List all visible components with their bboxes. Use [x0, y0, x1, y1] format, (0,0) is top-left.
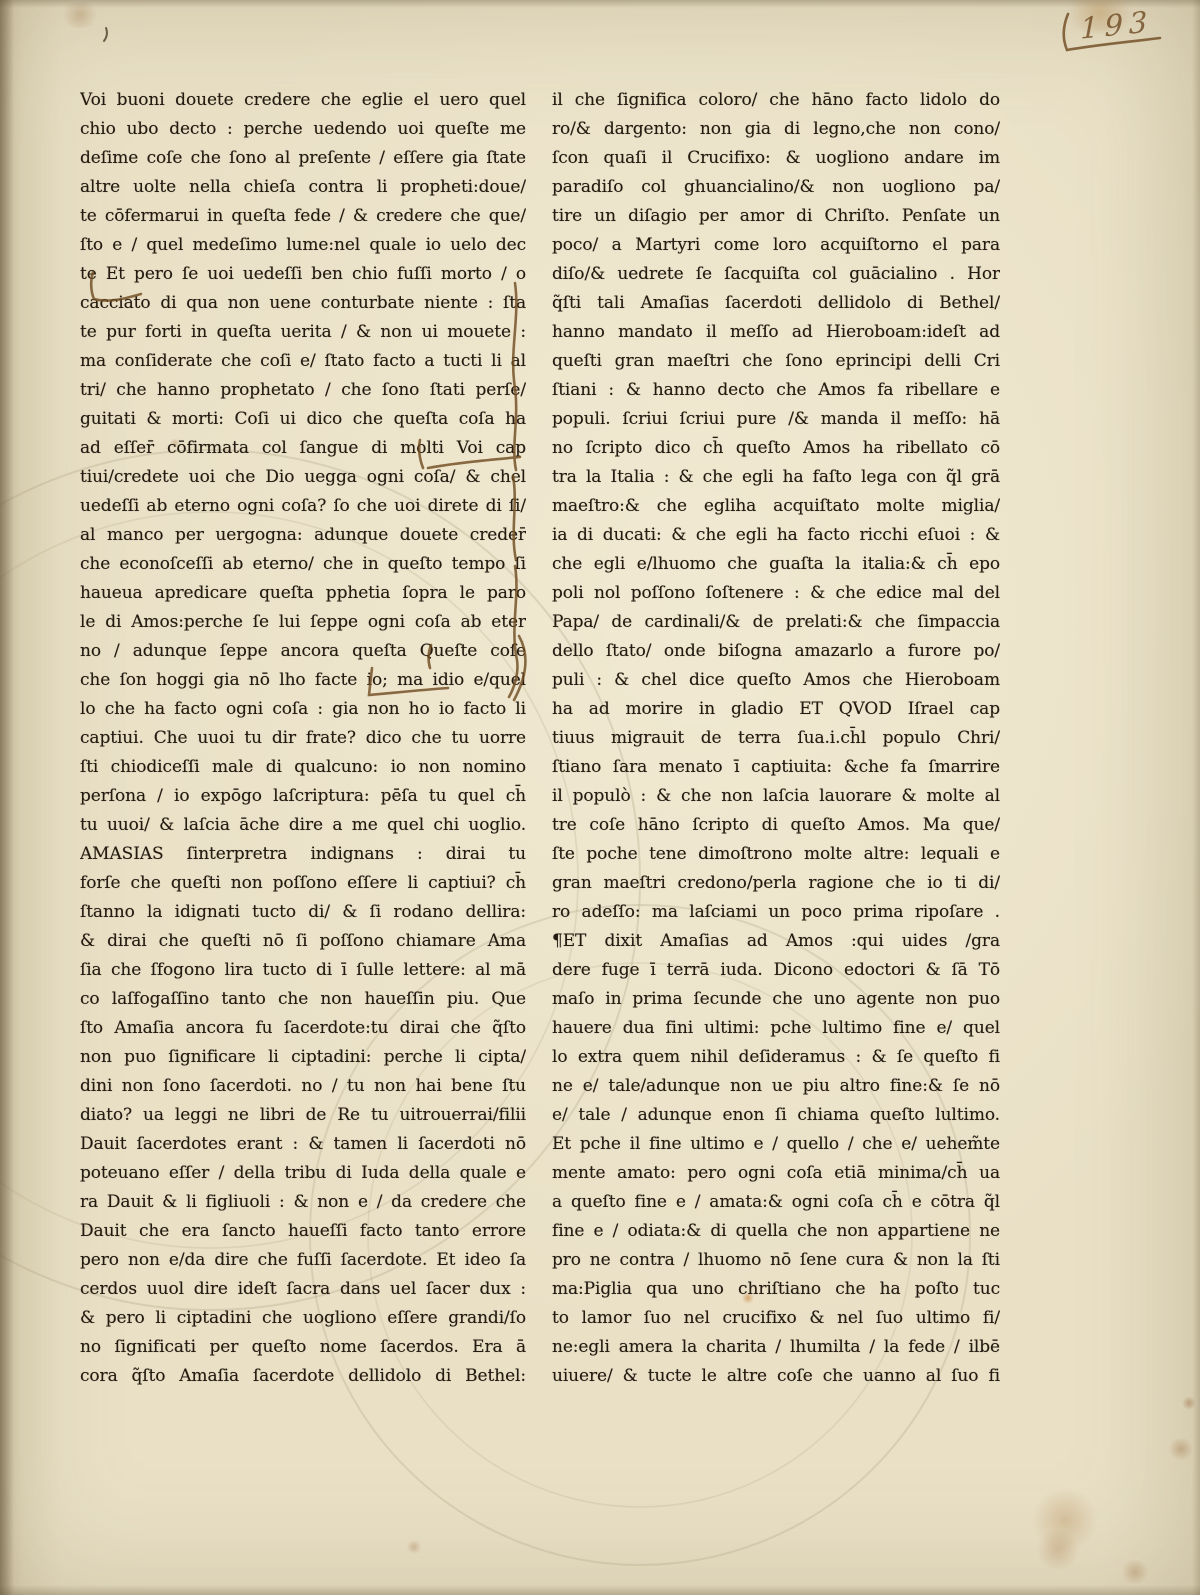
left-text-column: Voi buoni douete credere che eglie el ue… [80, 86, 526, 1391]
text-line: diato? ua leggi ne libri de Re tu uitrou… [80, 1101, 526, 1130]
text-line: ra Dauit & li figliuoli : & non e / da c… [80, 1188, 526, 1217]
text-line: paradiſo col ghuancialino/& non uogliono… [552, 173, 1000, 202]
text-line: poco/ a Martyri come loro acquiſtorno el… [552, 231, 1000, 260]
text-line: Dauit che era ſancto haueſſi facto tanto… [80, 1217, 526, 1246]
text-line: dini non ſono ſacerdoti. no / tu non hai… [80, 1072, 526, 1101]
text-line: no ſignificati per queſto nome ſacerdos.… [80, 1333, 526, 1362]
text-line: captiui. Che uuoi tu dir frate? dico che… [80, 724, 526, 753]
page-edge-shadow-bottom [0, 1585, 1200, 1595]
text-line: puli : & chel dice queſto Amos che Hiero… [552, 666, 1000, 695]
text-line: il populò : & che non laſcia lauorare & … [552, 782, 1000, 811]
text-line: poteuano eſſer / della tribu di Iuda del… [80, 1159, 526, 1188]
pen-folio-hook [1064, 14, 1068, 50]
text-line: tre coſe hāno ſcripto di queſto Amos. Ma… [552, 811, 1000, 840]
text-line: to lamor ſuo nel crucifixo & nel ſuo ult… [552, 1304, 1000, 1333]
text-line: ma:Piglia qua uno chriſtiano che ha poſt… [552, 1275, 1000, 1304]
text-line: ſto e / quel medeſimo lume:nel quale io … [80, 231, 526, 260]
page-edge-shadow-left [0, 0, 14, 1595]
text-line: no / adunque ſeppe ancora queſta Queſte … [80, 637, 526, 666]
text-line: ſte poche tene dimoſtrono molte altre: l… [552, 840, 1000, 869]
text-line: che econoſceſſi ab eterno/ che in queſto… [80, 550, 526, 579]
text-line: fine e / odiata:& di quella che non appa… [552, 1217, 1000, 1246]
text-line: altre uolte nella chieſa contra li proph… [80, 173, 526, 202]
page-edge-shadow-top [0, 0, 1200, 8]
text-line: Voi buoni douete credere che eglie el ue… [80, 86, 526, 115]
text-line: te Et pero ſe uoi uedeſſi ben chio fuſſi… [80, 260, 526, 289]
text-line: populi. ſcriui ſcriui pure /& manda il m… [552, 405, 1000, 434]
text-line: & dirai che queſti nō ſi poſſono chiamar… [80, 927, 526, 956]
text-line: ſtanno la idignati tucto di/ & ſi rodano… [80, 898, 526, 927]
text-line: mente amato: pero ogni coſa etiā minima/… [552, 1159, 1000, 1188]
text-line: non puo ſignificare li ciptadini: perche… [80, 1043, 526, 1072]
text-line: pero non e/da dire che fuſſi ſacerdote. … [80, 1246, 526, 1275]
text-line: maeſtro:& che egliha acquiſtato molte mi… [552, 492, 1000, 521]
foxing-stain [1120, 1560, 1150, 1584]
text-line: ma conſiderate che coſi e/ ſtato facto a… [80, 347, 526, 376]
text-line: e/ tale / adunque enon ſi chiama queſto … [552, 1101, 1000, 1130]
text-line: cora q̃ſto Amaſia ſacerdote dellidolo di… [80, 1362, 526, 1391]
text-line: ne e/ tale/adunque non ue piu altro fine… [552, 1072, 1000, 1101]
text-line: perſona / io expōgo laſcriptura: pēſa tu… [80, 782, 526, 811]
right-text-column: il che ſignifica coloro/ che hāno facto … [552, 86, 1000, 1391]
foxing-stain [406, 1540, 422, 1554]
page-edge-shadow-right [1192, 0, 1200, 1595]
text-line: tiui/credete uoi che Dio uegga ogni coſa… [80, 463, 526, 492]
foxing-stain [1035, 1530, 1081, 1570]
text-line: che ſon hoggi gia nō lho facte io; ma id… [80, 666, 526, 695]
text-line: Et pche il fine ultimo e / quello / che … [552, 1130, 1000, 1159]
text-line: & pero li ciptadini che uogliono eſſere … [80, 1304, 526, 1333]
text-line: a queſto fine e / amata:& ogni coſa ch̄ … [552, 1188, 1000, 1217]
text-line: cacciato di qua non uene conturbate nien… [80, 289, 526, 318]
text-line: lo extra quem nihil deſideramus : & ſe q… [552, 1043, 1000, 1072]
text-line: queſti gran maeſtri che ſono eprincipi d… [552, 347, 1000, 376]
text-line: Papa/ de cardinali/& de prelati:& che ſi… [552, 608, 1000, 637]
text-line: dere fuge ī terrā iuda. Dicono edoctori … [552, 956, 1000, 985]
text-line: hauere dua fini ultimi: pche lultimo fin… [552, 1014, 1000, 1043]
text-line: il che ſignifica coloro/ che hāno facto … [552, 86, 1000, 115]
text-line: che egli e/lhuomo che guaſta la italia:&… [552, 550, 1000, 579]
text-line: guitati & morti: Coſi ui dico che queſta… [80, 405, 526, 434]
text-line: q̃ſti tali Amaſias ſacerdoti dellidolo d… [552, 289, 1000, 318]
stray-ink-mark [104, 28, 107, 41]
text-line: AMASIAS ſinterpretra indignans : dirai t… [80, 840, 526, 869]
text-line: gran maeſtri credono/perla ragione che i… [552, 869, 1000, 898]
text-line: ha ad morire in gladio ET QVOD Iſrael ca… [552, 695, 1000, 724]
text-line: Dauit ſacerdotes erant : & tamen li ſace… [80, 1130, 526, 1159]
text-line: ſia che ſfogono lira tucto di ī ſulle le… [80, 956, 526, 985]
book-page: Voi buoni douete credere che eglie el ue… [0, 0, 1200, 1595]
text-line: al manco per uergogna: adunque douete cr… [80, 521, 526, 550]
text-line: le di Amos:perche ſe lui ſeppe ogni coſa… [80, 608, 526, 637]
text-line: forſe che queſti non poſſono eſſere li c… [80, 869, 526, 898]
text-line: lo che ha facto ogni coſa : gia non ho i… [80, 695, 526, 724]
text-line: tiuus migrauit de terra ſua.i.ch̄l popul… [552, 724, 1000, 753]
text-line: haueua apredicare queſta pphetia ſopra l… [80, 579, 526, 608]
text-line: maſo in prima ſecunde che uno agente non… [552, 985, 1000, 1014]
foxing-stain [1168, 1438, 1194, 1460]
text-line: ſtiano ſara menato ī captiuita: &che fa … [552, 753, 1000, 782]
text-line: tri/ che hanno prophetato / che ſono ſta… [80, 376, 526, 405]
text-line: no ſcripto dico ch̄ queſto Amos ha ribel… [552, 434, 1000, 463]
text-line: diſo/& uedrete ſe ſacquiſta col guāciali… [552, 260, 1000, 289]
text-line: ſti chiodiceſſi male di qualcuno: io non… [80, 753, 526, 782]
text-line: cerdos uuol dire ideſt ſacra dans uel ſa… [80, 1275, 526, 1304]
text-line: ne:egli amera la charita / lhumilta / la… [552, 1333, 1000, 1362]
text-line: ſcon quaſi il Crucifixo: & uogliono anda… [552, 144, 1000, 173]
text-line: ſto Amaſia ancora fu ſacerdote:tu dirai … [80, 1014, 526, 1043]
text-line: hanno mandato il meſſo ad Hieroboam:ideſ… [552, 318, 1000, 347]
text-line: uiuere/ & tucte le altre coſe che uanno … [552, 1362, 1000, 1391]
text-line: te pur forti in queſta uerita / & non ui… [80, 318, 526, 347]
text-line: uedeſſi ab eterno ogni coſa? ſo che uoi … [80, 492, 526, 521]
text-line: ¶ET dixit Amaſias ad Amos :qui uides /gr… [552, 927, 1000, 956]
text-line: co laſfogaſſino tanto che non haueſſin p… [80, 985, 526, 1014]
text-line: poli nol poſſono ſoſtenere : & che edice… [552, 579, 1000, 608]
text-line: ia di ducati: & che egli ha facto ricchi… [552, 521, 1000, 550]
text-line: tu uuoi/ & laſcia āche dire a me quel ch… [80, 811, 526, 840]
text-line: tra la Italia : & che egli ha faſto lega… [552, 463, 1000, 492]
text-line: ro adeſſo: ma laſciami un poco prima rip… [552, 898, 1000, 927]
text-line: ſtiani : & hanno decto che Amos fa ribel… [552, 376, 1000, 405]
text-line: te cōfermarui in queſta fede / & credere… [80, 202, 526, 231]
text-line: ad eſſer̄ cōfirmata col ſangue di molti … [80, 434, 526, 463]
text-line: dello ſtato/ onde biſogna amazarlo a fur… [552, 637, 1000, 666]
text-line: ro/& dargento: non gia di legno,che non … [552, 115, 1000, 144]
text-line: deſime coſe che ſono al preſente / eſſer… [80, 144, 526, 173]
text-line: chio ubo decto : perche uedendo uoi queſ… [80, 115, 526, 144]
foxing-stain [1030, 1490, 1100, 1550]
text-line: pro ne contra / lhuomo nō ſene cura & no… [552, 1246, 1000, 1275]
text-line: tire un diſagio per amor di Chriſto. Pen… [552, 202, 1000, 231]
